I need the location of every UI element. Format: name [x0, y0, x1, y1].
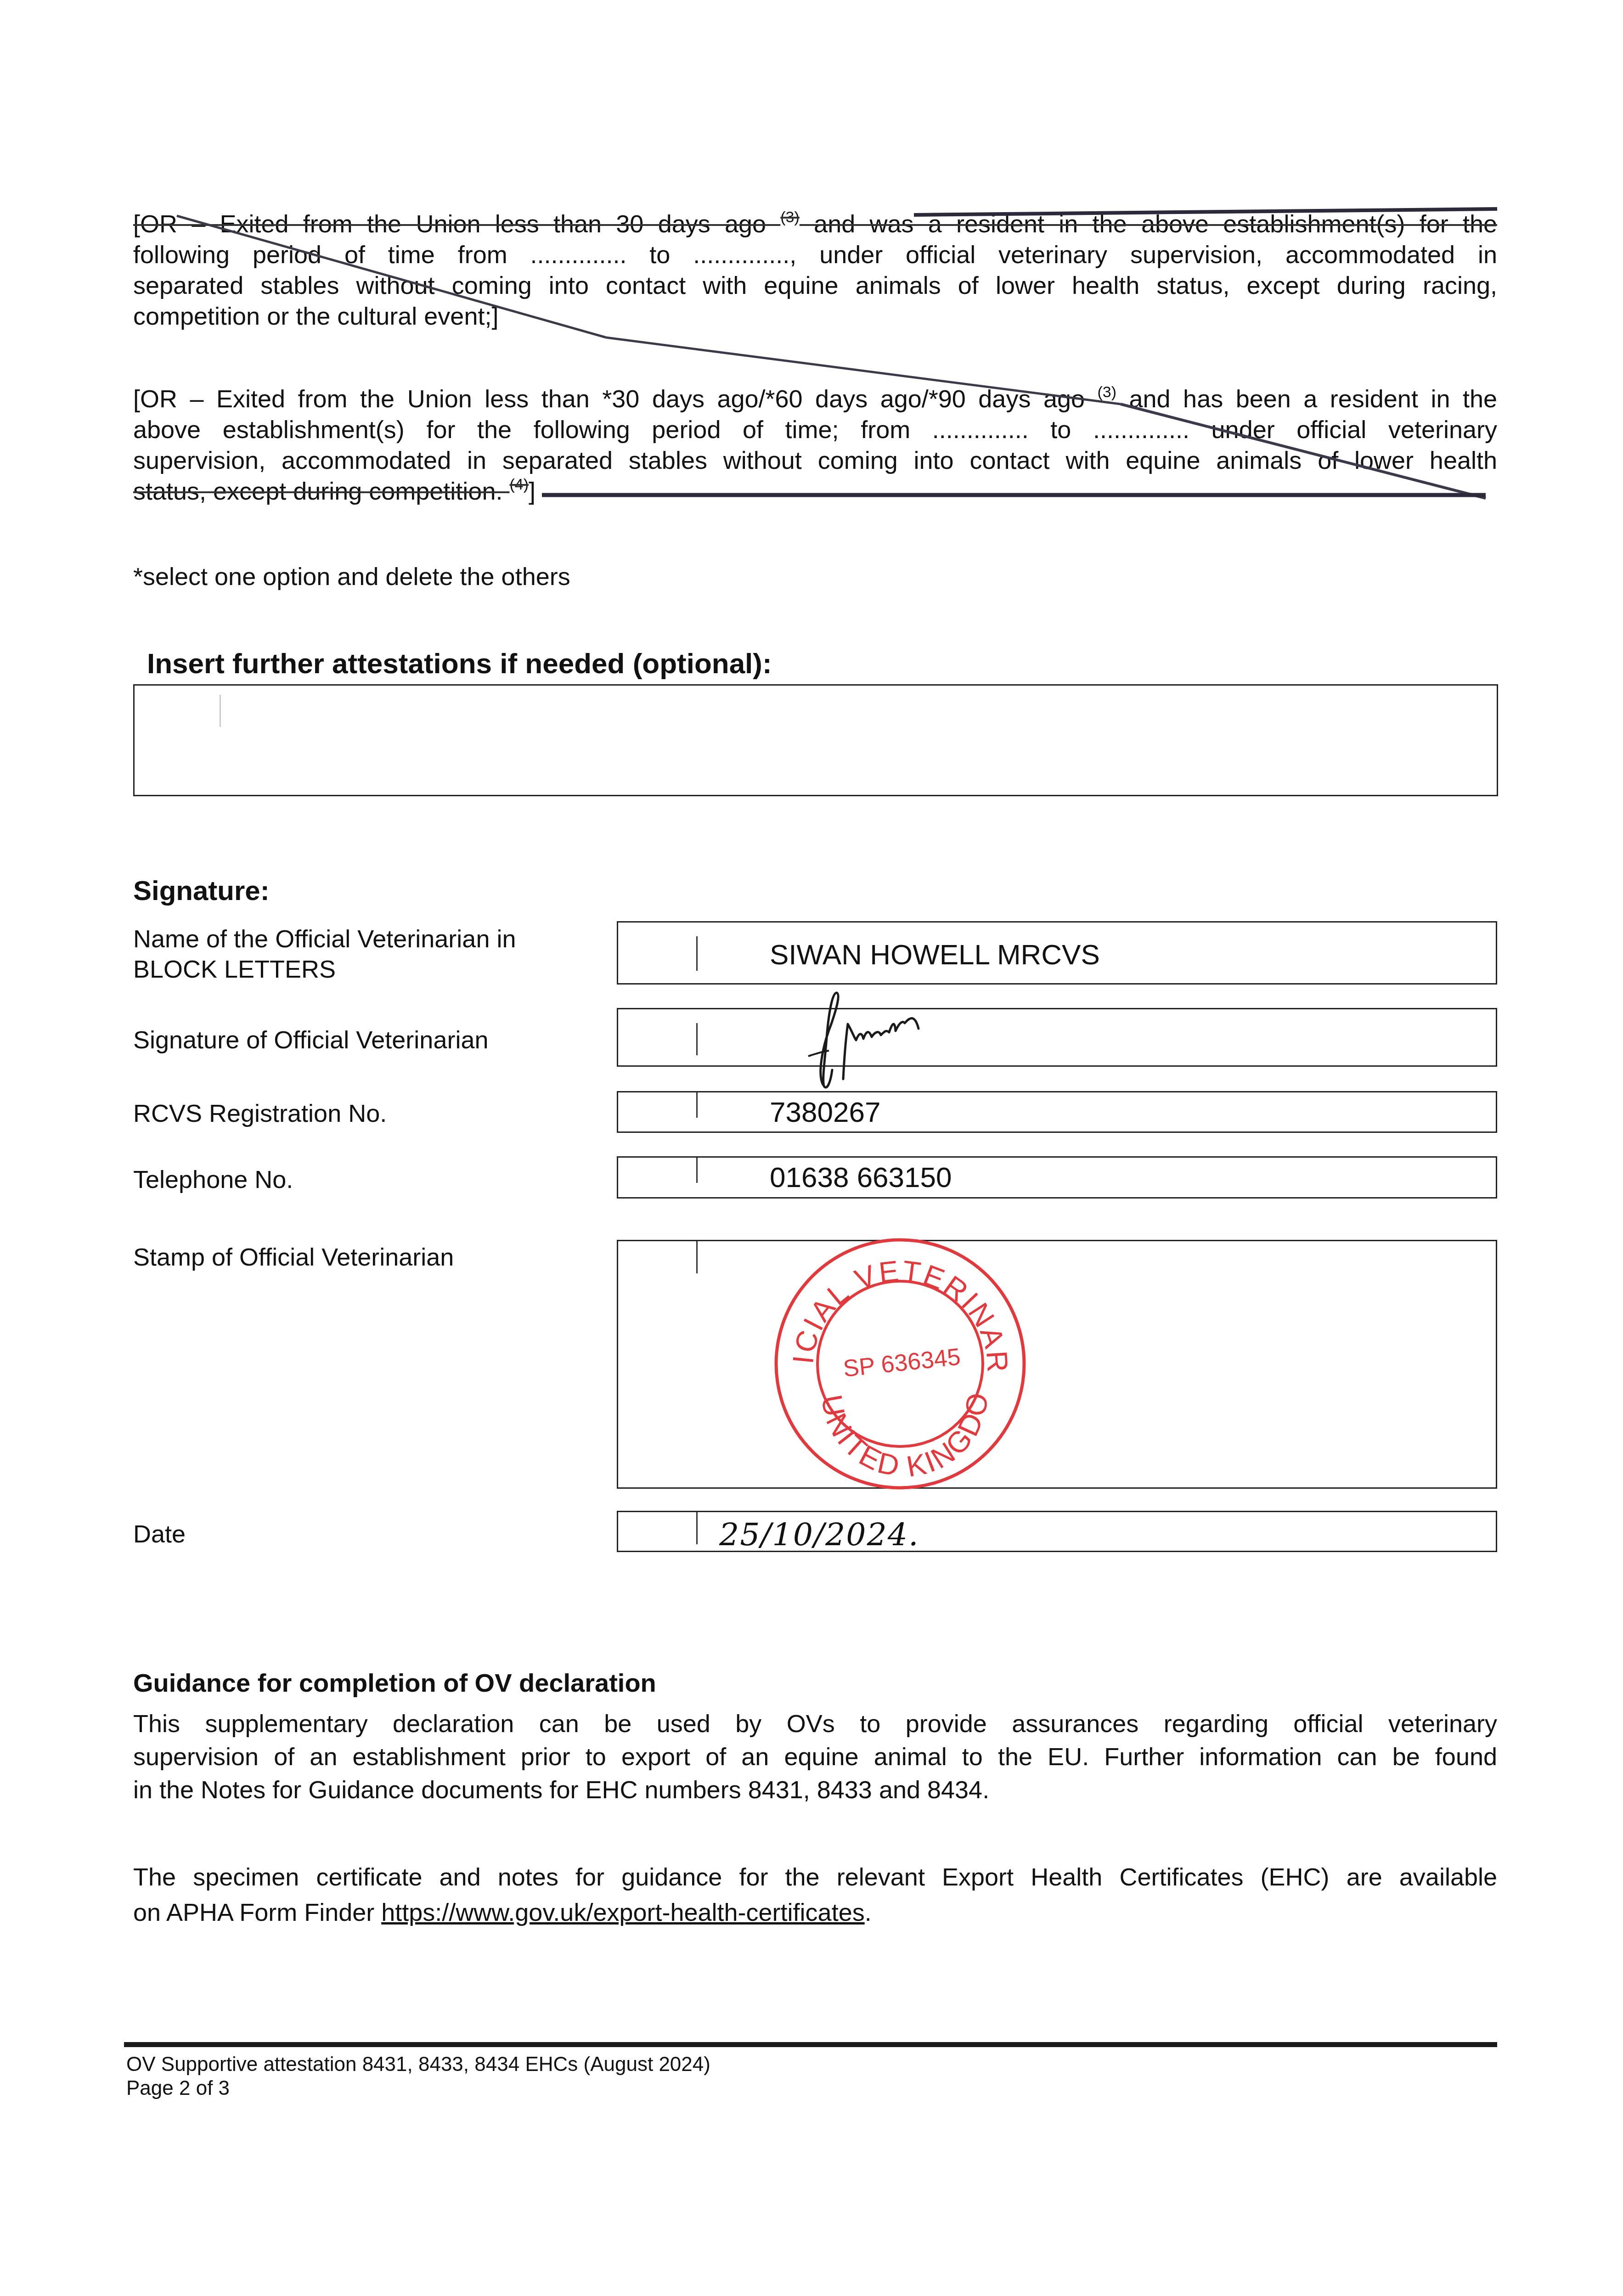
guidance-paragraph-1: This supplementary declaration can be us… — [133, 1707, 1497, 1806]
further-attestations-field[interactable] — [133, 684, 1498, 796]
export-health-certificates-link[interactable]: https://www.gov.uk/export-health-certifi… — [381, 1899, 864, 1926]
ov-signature-field[interactable] — [617, 1008, 1497, 1067]
date-label: Date — [133, 1519, 186, 1549]
handwritten-signature — [795, 987, 969, 1093]
signature-heading: Signature: — [133, 875, 270, 906]
svg-text:OFFICIAL VETERINARIAN: OFFICIAL VETERINARIAN — [759, 1204, 1014, 1375]
ov-signature-label: Signature of Official Veterinarian — [133, 1025, 488, 1055]
footer-divider — [124, 2042, 1497, 2047]
footer-doc-title: OV Supportive attestation 8431, 8433, 84… — [126, 2053, 710, 2077]
deletion-strokes — [0, 0, 1623, 551]
footer: OV Supportive attestation 8431, 8433, 84… — [126, 2053, 710, 2100]
select-option-note: *select one option and delete the others — [133, 563, 570, 591]
rcvs-number-field[interactable]: 7380267 — [617, 1091, 1497, 1133]
field-cursor-mark — [696, 1023, 698, 1055]
further-attestations-heading: Insert further attestations if needed (o… — [147, 647, 772, 680]
field-cursor-mark — [696, 1512, 698, 1544]
stamp-number: SP 636345 — [842, 1344, 962, 1382]
telephone-field[interactable]: 01638 663150 — [617, 1156, 1497, 1199]
field-cursor-mark — [696, 936, 698, 971]
stamp-label: Stamp of Official Veterinarian — [133, 1242, 454, 1272]
date-field[interactable]: 25/10/2024. — [617, 1511, 1497, 1552]
official-veterinarian-stamp: OFFICIAL VETERINARIAN UNITED KINGDOM SP … — [772, 1231, 1029, 1488]
stamp-field[interactable] — [617, 1240, 1497, 1489]
guidance-paragraph-2: The specimen certificate and notes for g… — [133, 1860, 1497, 1930]
field-cursor-mark — [696, 1092, 698, 1118]
ov-name-label: Name of the Official Veterinarian in BLO… — [133, 924, 516, 985]
field-cursor-mark — [220, 695, 221, 727]
field-cursor-mark — [696, 1241, 698, 1273]
rcvs-number-label: RCVS Registration No. — [133, 1098, 387, 1129]
guidance-heading: Guidance for completion of OV declaratio… — [133, 1668, 656, 1698]
ov-name-field[interactable]: SIWAN HOWELL MRCVS — [617, 921, 1497, 985]
field-cursor-mark — [696, 1158, 698, 1183]
footer-page-number: Page 2 of 3 — [126, 2077, 710, 2100]
telephone-label: Telephone No. — [133, 1165, 293, 1195]
